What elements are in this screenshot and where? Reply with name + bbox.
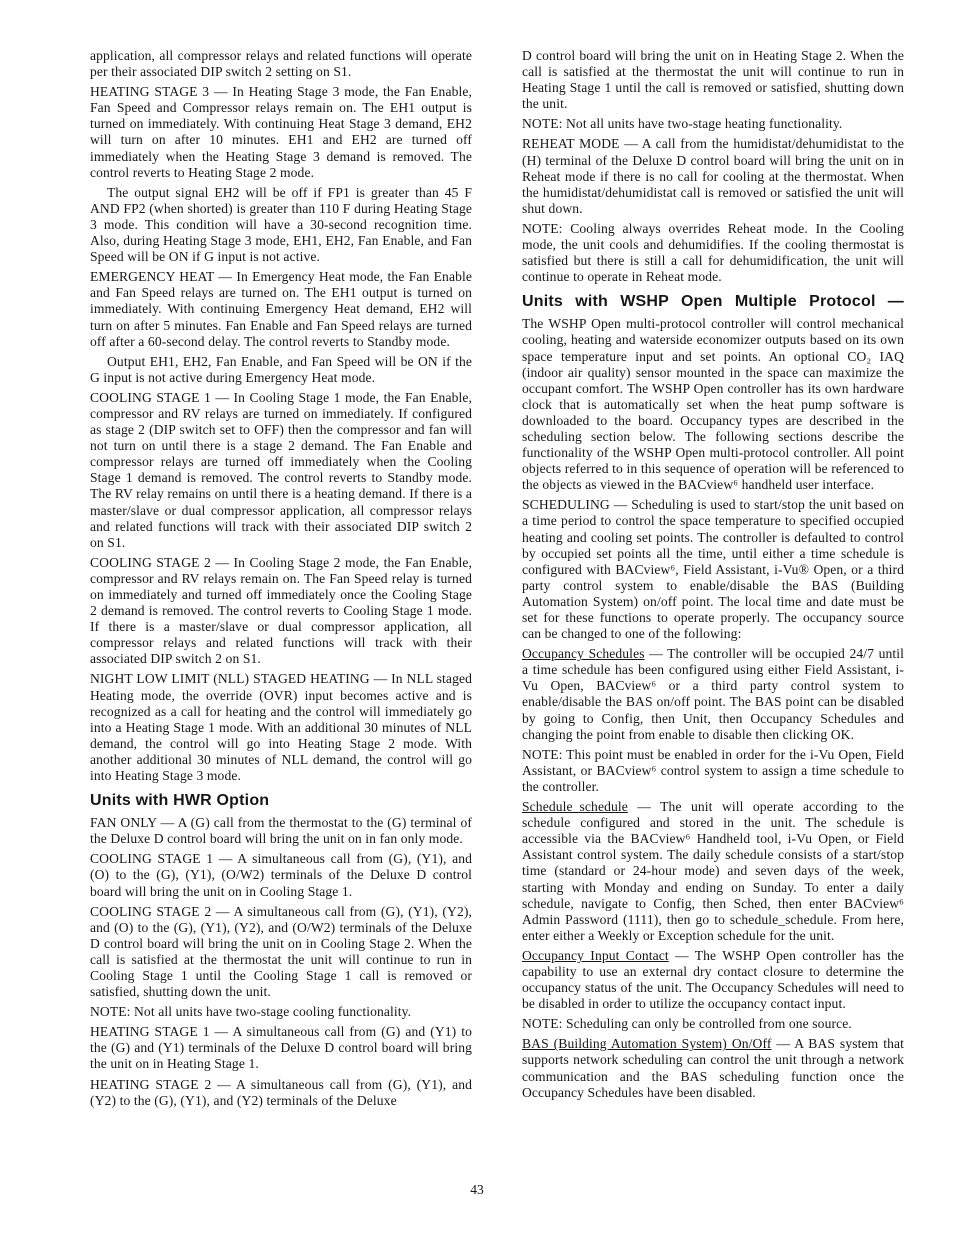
paragraph-fan-only: FAN ONLY — A (G) call from the thermosta… [90, 815, 472, 847]
paragraph-cooling-stage-2: COOLING STAGE 2 — In Cooling Stage 2 mod… [90, 555, 472, 668]
text-area: application, all compressor relays and r… [90, 48, 904, 1113]
paragraph-output-eh1-eh2: Output EH1, EH2, Fan Enable, and Fan Spe… [90, 354, 472, 386]
paragraph-reheat-mode: REHEAT MODE — A call from the humidistat… [522, 136, 904, 216]
note-point-must-be-enabled: NOTE: This point must be enabled in orde… [522, 747, 904, 795]
paragraph-occupancy-schedules: Occupancy Schedules — The controller wil… [522, 646, 904, 743]
note-two-stage-heating: NOTE: Not all units have two-stage heati… [522, 116, 904, 132]
paragraph-bas-on-off: BAS (Building Automation System) On/Off … [522, 1036, 904, 1100]
note-scheduling-one-source: NOTE: Scheduling can only be controlled … [522, 1016, 904, 1032]
note-cooling-overrides-reheat: NOTE: Cooling always overrides Reheat mo… [522, 221, 904, 285]
right-column: D control board will bring the unit on i… [522, 48, 904, 1113]
paragraph-wshp-open-intro: The WSHP Open multi-protocol controller … [522, 316, 904, 493]
paragraph-schedule-schedule: Schedule_schedule — The unit will operat… [522, 799, 904, 944]
paragraph-hwr-cooling-stage-2: COOLING STAGE 2 — A simultaneous call fr… [90, 904, 472, 1001]
paragraph-output-signal-eh2: The output signal EH2 will be off if FP1… [90, 185, 472, 265]
underlined-term: BAS (Building Automation System) On/Off [522, 1036, 771, 1051]
underlined-term: Schedule_schedule [522, 799, 628, 814]
underlined-term: Occupancy Input Contact [522, 948, 669, 963]
units-with-hwr-option-heading: Units with HWR Option [90, 791, 472, 811]
paragraph-scheduling: SCHEDULING — Scheduling is used to start… [522, 497, 904, 642]
paragraph-text: — The unit will operate according to the… [522, 799, 904, 943]
paragraph-hwr-heating-stage-1: HEATING STAGE 1 — A simultaneous call fr… [90, 1024, 472, 1072]
paragraph-hwr-heating-stage-2: HEATING STAGE 2 — A simultaneous call fr… [90, 1077, 472, 1109]
paragraph-heating-stage-2-continued: D control board will bring the unit on i… [522, 48, 904, 112]
paragraph-night-low-limit: NIGHT LOW LIMIT (NLL) STAGED HEATING — I… [90, 671, 472, 784]
left-column: application, all compressor relays and r… [90, 48, 472, 1113]
paragraph-heating-stage-3: HEATING STAGE 3 — In Heating Stage 3 mod… [90, 84, 472, 181]
paragraph-cooling-stage-1: COOLING STAGE 1 — In Cooling Stage 1 mod… [90, 390, 472, 551]
underlined-term: Occupancy Schedules [522, 646, 645, 661]
paragraph-continuation: application, all compressor relays and r… [90, 48, 472, 80]
note-two-stage-cooling: NOTE: Not all units have two-stage cooli… [90, 1004, 472, 1020]
units-with-wshp-open-heading: Units with WSHP Open Multiple Protocol — [522, 292, 904, 312]
paragraph-emergency-heat: EMERGENCY HEAT — In Emergency Heat mode,… [90, 269, 472, 349]
document-page: { "page": { "number": "43" }, "columns":… [0, 0, 954, 1235]
paragraph-occupancy-input-contact: Occupancy Input Contact — The WSHP Open … [522, 948, 904, 1012]
page-number: 43 [0, 1182, 954, 1198]
paragraph-hwr-cooling-stage-1: COOLING STAGE 1 — A simultaneous call fr… [90, 851, 472, 899]
